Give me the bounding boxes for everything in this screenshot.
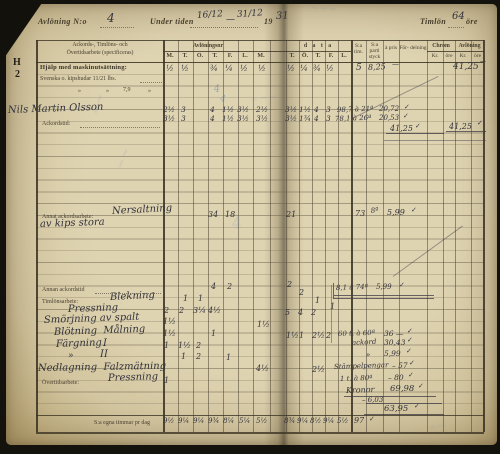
- mark: »: [68, 352, 74, 361]
- mark: 2: [311, 309, 316, 317]
- col-header-chrom: Chrom: [427, 43, 455, 49]
- mark: 5,99: [376, 284, 392, 291]
- mark: Pressning: [108, 372, 159, 384]
- mark: – 57: [392, 362, 408, 370]
- mark: 1½: [222, 115, 234, 123]
- line-mark: [446, 131, 486, 132]
- col-header-sa-parti: S:a parti styck: [366, 43, 383, 61]
- grid-line: [178, 40, 179, 432]
- mark: 21: [286, 211, 296, 219]
- mark: 1½: [299, 106, 311, 114]
- mark: 2: [299, 289, 304, 297]
- mark: 3½: [256, 115, 268, 123]
- mark: 3½: [237, 106, 249, 114]
- mark: 34: [208, 211, 218, 219]
- mark: ✓: [418, 383, 424, 390]
- mark: 8,1 à 74ª: [336, 284, 368, 292]
- mark: 2½: [312, 366, 325, 374]
- mark: 4: [298, 309, 303, 317]
- line-mark: [140, 82, 162, 83]
- grid-line: [443, 40, 444, 432]
- mark: Under tiden: [150, 18, 194, 26]
- mark: 1½: [257, 321, 270, 329]
- mark: Övertidsarbete:: [42, 380, 79, 386]
- mark: 5,99: [384, 350, 401, 358]
- mark: 4: [210, 115, 215, 123]
- line-mark: [384, 140, 486, 141]
- mark: ½: [287, 65, 295, 73]
- day-header: T.: [289, 53, 294, 59]
- col-header-fordelning: För- delning: [399, 46, 427, 52]
- mark: 9½: [163, 418, 174, 425]
- grid-line: [351, 40, 353, 432]
- mark: 1: [164, 342, 169, 350]
- mark: 9¼: [323, 418, 334, 425]
- grid-line: [471, 40, 472, 432]
- mark: 3½: [163, 115, 175, 123]
- grid-line: [238, 40, 239, 432]
- mark: 4: [220, 95, 227, 105]
- week-group-header-left: Avlöningsnr: [163, 43, 253, 49]
- mark: 5½: [256, 418, 267, 425]
- day-header: O.: [197, 53, 203, 59]
- mark: ✓: [407, 328, 413, 335]
- mark: ~~: [427, 419, 447, 433]
- mark: 64: [452, 12, 465, 23]
- mark: ✓: [403, 113, 409, 120]
- mark: Kronor: [346, 386, 375, 395]
- day-header: T.: [212, 53, 217, 59]
- mark: 1: [181, 353, 186, 361]
- mark: »: [366, 352, 370, 359]
- grid-line: [325, 40, 326, 432]
- col-header-chrom-ore: öre: [443, 54, 455, 60]
- mark: 8ª: [370, 207, 379, 215]
- line-mark: [344, 396, 436, 397]
- mark: Avlöning N:o: [38, 18, 87, 26]
- mark: ✓: [409, 360, 415, 367]
- grid-line: [36, 415, 484, 416]
- mark: 9¼: [193, 418, 204, 425]
- line-mark: [448, 27, 464, 28]
- mark: 9¼: [297, 418, 308, 425]
- day-header: T.: [315, 53, 320, 59]
- mark: 9¼: [178, 418, 189, 425]
- mark: 3½: [237, 115, 249, 123]
- mark: ✓: [414, 403, 420, 410]
- mark: 1: [315, 297, 320, 305]
- mark: Ackordstid:: [42, 121, 70, 127]
- mark: 2: [164, 307, 169, 315]
- mark: 1½: [163, 318, 176, 326]
- mark: 2½: [256, 106, 268, 114]
- day-header: L.: [242, 53, 248, 59]
- mark: ackord: [352, 339, 377, 348]
- mark: 2½: [312, 332, 325, 340]
- mark: »: [106, 88, 109, 94]
- mark: Annan ackordstid: [42, 287, 85, 293]
- mark: 5: [356, 64, 362, 73]
- grid-line: [163, 40, 165, 432]
- mark: ✓: [406, 348, 412, 355]
- mark: ¼: [225, 65, 233, 73]
- mark: S:a egna timmar pr dag: [94, 420, 150, 426]
- day-header: F.: [329, 53, 334, 59]
- mark: ¾: [313, 65, 321, 73]
- mark: ½: [240, 65, 248, 73]
- mark: 2: [179, 307, 184, 315]
- mark: 36 —: [384, 330, 403, 338]
- mark: 2: [287, 281, 292, 289]
- mark: 4: [107, 12, 115, 25]
- mark: – 80: [388, 374, 404, 382]
- mark: ✓: [399, 282, 405, 289]
- mark: 5: [285, 309, 290, 317]
- mark: öre: [466, 18, 478, 26]
- mark: ¾: [210, 65, 218, 73]
- mark: ✓: [477, 120, 483, 127]
- line-mark: [334, 295, 434, 296]
- mark: 8,25: [368, 63, 386, 72]
- mark: —: [480, 59, 486, 65]
- grid-line: [208, 40, 209, 432]
- mark: ✓: [404, 104, 410, 111]
- mark: 7,9: [123, 87, 131, 93]
- col-header-avloning: Avlöning: [455, 43, 484, 49]
- line-mark: [334, 298, 434, 299]
- mark: 73: [355, 210, 365, 218]
- mark: 1½: [222, 106, 234, 114]
- mark: 30,43: [384, 339, 405, 347]
- mark: 8¾: [284, 418, 295, 425]
- grid-line: [193, 40, 194, 432]
- mark: 1: [198, 295, 203, 303]
- mark: —: [392, 61, 399, 68]
- mark: I: [103, 339, 107, 350]
- mark: 3: [181, 115, 186, 123]
- mark: 1 t. à 80ª: [340, 375, 373, 383]
- line-mark: [386, 133, 444, 134]
- mark: 8½: [310, 418, 321, 425]
- mark: 4½: [208, 307, 221, 315]
- grid-line: [36, 432, 484, 434]
- mark: 3½: [285, 115, 297, 123]
- grid-line: [383, 40, 384, 432]
- scanned-ledger-page: Ackords-, Timlöns- och Övertidsarbete (s…: [0, 0, 500, 454]
- margin-letter-h: H: [13, 57, 21, 68]
- mark: 1: [211, 330, 216, 338]
- mark: ¼: [300, 65, 308, 73]
- mark: 1½: [178, 342, 191, 350]
- col-header-chrom-kr: Kr.: [427, 54, 443, 60]
- grid-line: [427, 40, 428, 432]
- desc-col-header-line1: Ackords-, Timlöns- och: [38, 42, 162, 48]
- day-header: L.: [341, 53, 347, 59]
- mark: ½: [166, 65, 174, 73]
- mark: 63,95: [384, 405, 408, 414]
- day-header: T.: [182, 53, 187, 59]
- mark: 3: [326, 106, 331, 114]
- mark: 5,99: [387, 209, 405, 217]
- col-header-a-pris: à pris: [383, 46, 399, 52]
- mark: ✓: [369, 416, 375, 423]
- mark: 16/12: [197, 10, 224, 21]
- grid-line: [455, 40, 456, 432]
- margin-number-2: 2: [15, 69, 20, 80]
- mark: 9¾: [208, 418, 219, 425]
- mark: ✓: [408, 372, 414, 379]
- line-mark: [366, 403, 442, 404]
- mark: ½: [258, 65, 266, 73]
- mark: 1½: [163, 330, 176, 338]
- grid-line: [36, 40, 484, 41]
- mark: 31/12: [237, 9, 264, 20]
- mark: II: [100, 350, 108, 361]
- mark: 4: [210, 106, 215, 114]
- mark: 5¼: [239, 418, 250, 425]
- mark: 20,72: [379, 106, 399, 113]
- grid-line: [299, 40, 300, 432]
- week-group-header-right: d a t a: [286, 43, 351, 49]
- mark: 2: [196, 353, 201, 361]
- mark: 1¾: [299, 115, 311, 123]
- mark: 41,25: [453, 63, 479, 72]
- mark: 1: [226, 354, 231, 362]
- mark: 8¼: [223, 418, 234, 425]
- line-mark: [331, 285, 332, 343]
- mark: ½: [326, 65, 334, 73]
- mark: 3¼: [193, 307, 206, 315]
- mark: 1½: [286, 332, 299, 340]
- grid-line: [338, 40, 339, 432]
- mark: 31: [276, 11, 289, 22]
- mark: Hjälp med maskinutsättning:: [40, 65, 127, 72]
- mark: 2½: [163, 106, 175, 114]
- mark: 3: [326, 115, 331, 123]
- mark: 1: [299, 332, 304, 340]
- grid-line: [483, 40, 485, 432]
- mark: »: [78, 88, 81, 94]
- mark: 4: [314, 115, 319, 123]
- mark: 69,98: [390, 385, 414, 394]
- mark: »: [148, 88, 151, 94]
- desc-col-header-line2: Övertidsarbete (specificeras): [38, 50, 162, 56]
- line-mark: [100, 27, 134, 28]
- mark: Färgning: [56, 338, 102, 350]
- grid-line: [163, 51, 351, 52]
- grid-line: [427, 51, 484, 52]
- mark: 4: [211, 283, 216, 291]
- mark: av kips stora: [40, 218, 105, 231]
- mark: ~~~: [310, 2, 338, 15]
- mark: 97: [354, 417, 364, 425]
- line-mark: [95, 293, 161, 294]
- mark: 3½: [285, 106, 297, 114]
- day-header: M.: [166, 53, 173, 59]
- mark: —: [226, 16, 235, 25]
- mark: Timlön: [420, 18, 446, 26]
- mark: ✓: [407, 337, 413, 344]
- mark: 2: [227, 283, 232, 291]
- ledger-content: Ackords-, Timlöns- och Övertidsarbete (s…: [0, 0, 500, 454]
- line-mark: [364, 414, 444, 415]
- mark: ✓: [415, 123, 421, 130]
- line-mark: [80, 127, 160, 128]
- mark: 19: [264, 18, 273, 26]
- day-header: Ö.: [302, 53, 308, 59]
- mark: Svenska o. kipshudar 11/21 lbs.: [40, 76, 116, 82]
- day-header: F.: [228, 53, 233, 59]
- mark: 2: [196, 342, 201, 350]
- grid-line: [286, 40, 287, 432]
- col-header-avloning-kr: Kr.: [455, 54, 471, 60]
- day-header: M.: [257, 53, 264, 59]
- mark: 5½: [337, 418, 348, 425]
- mark: ✓: [411, 207, 417, 214]
- mark: 4½: [256, 365, 269, 373]
- col-header-sa-tim: S:a tim.: [351, 44, 366, 56]
- mark: 1: [164, 377, 169, 385]
- mark: 20,53: [379, 115, 399, 122]
- mark: 3: [181, 106, 186, 114]
- mark: 1: [183, 295, 188, 303]
- mark: ½: [181, 65, 189, 73]
- mark: 4: [314, 106, 319, 114]
- line-mark: [190, 27, 258, 28]
